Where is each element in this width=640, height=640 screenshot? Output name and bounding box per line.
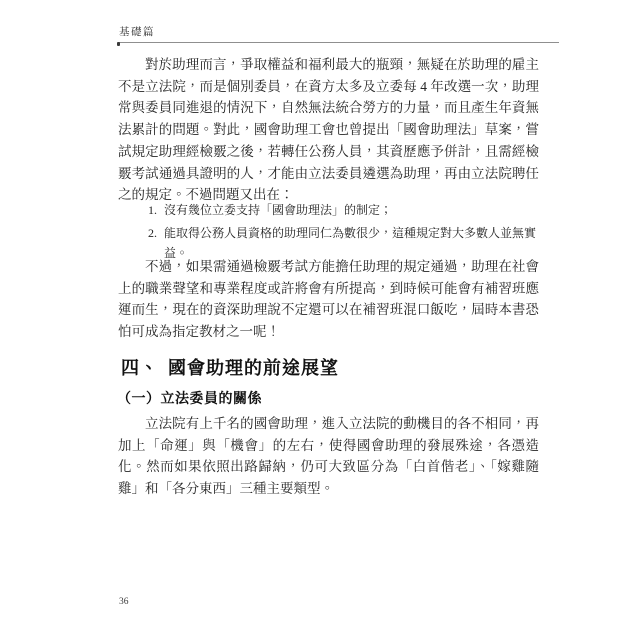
paragraph-assistant-rights: 對於助理而言，爭取權益和福利最大的瓶頸，無疑在於助理的雇主不是立法院，而是個別委… [118, 54, 539, 206]
section-number: 四、 [121, 358, 159, 378]
running-header: 基礎篇 [119, 26, 155, 39]
subsection-heading: （一）立法委員的關係 [117, 389, 262, 408]
paragraph-assistant-outlook: 立法院有上千名的國會助理，進入立法院的動機目的各不相同，再加上「命運」與「機會」… [118, 413, 539, 500]
list-item-marker: 1. [148, 200, 157, 220]
page-number: 36 [119, 597, 129, 608]
list-item-text: 沒有幾位立委支持「國會助理法」的制定； [164, 200, 539, 220]
section-heading: 四、國會助理的前途展望 [121, 356, 339, 380]
book-page: 基礎篇 對於助理而言，爭取權益和福利最大的瓶頸，無疑在於助理的雇主不是立法院，而… [0, 0, 640, 640]
section-title: 國會助理的前途展望 [168, 358, 339, 378]
paragraph-exam-speculation: 不過，如果需通過檢覈考試方能擔任助理的規定通過，助理在社會上的職業聲望和專業程度… [118, 256, 539, 343]
scan-artifact-dot [117, 42, 120, 46]
numbered-list: 1. 沒有幾位立委支持「國會助理法」的制定； 2. 能取得公務人員資格的助理同仁… [148, 200, 539, 263]
list-item: 1. 沒有幾位立委支持「國會助理法」的制定； [148, 200, 539, 220]
header-rule [118, 42, 559, 43]
